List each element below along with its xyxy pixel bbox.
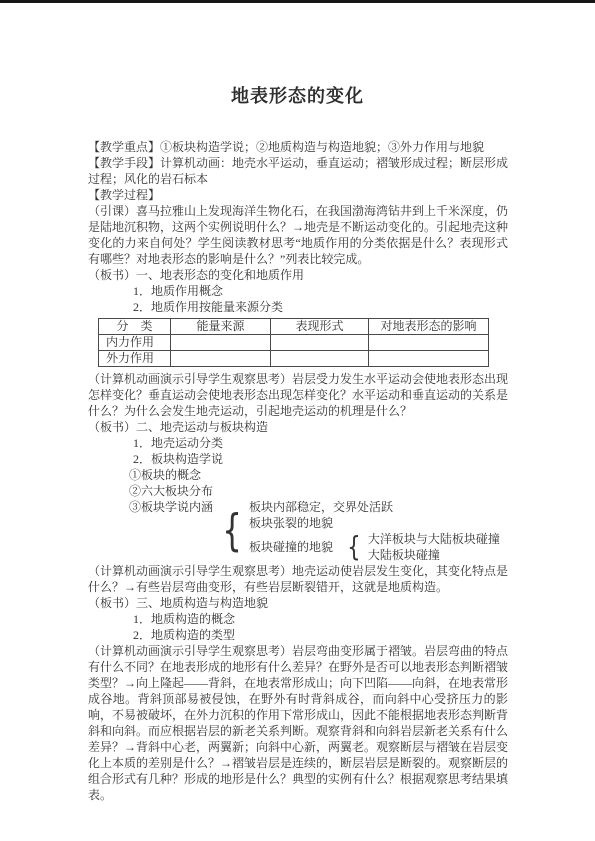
paragraph-animation-q3: （计算机动画演示引导学生观察思考）岩层弯曲变形属于褶皱。岩层弯曲的特点有什么不同… [88, 643, 508, 803]
paragraph-animation-q2: （计算机动画演示引导学生观察思考）地壳运动使岩层发生变化，其变化特点是什么？→有… [88, 563, 508, 595]
table-header-category: 分 类 [99, 319, 171, 335]
table-cell-expression [271, 351, 369, 367]
plate-theory-bracket: ③板块学说内涵 { 板块内部稳定，交界处活跃 板块张裂的地貌 板块碰撞的地貌 {… [129, 499, 508, 563]
plate-theory-items: 板块内部稳定，交界处活跃 板块张裂的地貌 板块碰撞的地貌 { 大洋板块与大陆板块… [249, 499, 500, 563]
table-header-row: 分 类 能量来源 表现形式 对地表形态的影响 [99, 319, 489, 335]
table-cell-category: 内力作用 [99, 335, 171, 351]
table-header-energy-source: 能量来源 [171, 319, 271, 335]
curly-brace-big: { [222, 508, 242, 554]
board-heading-three: （板书）三、地质构造与构造地貌 [88, 595, 508, 611]
classification-table: 分 类 能量来源 表现形式 对地表形态的影响 内力作用 外力作用 [98, 318, 489, 367]
table-header-expression: 表现形式 [271, 319, 369, 335]
board-two-item-2: 2．板块构造学说 [133, 451, 508, 467]
paragraph-process-header: 【教学过程】 [88, 187, 508, 203]
document-title: 地表形态的变化 [0, 0, 595, 108]
plate-theory-brace-group: { 板块内部稳定，交界处活跃 板块张裂的地貌 板块碰撞的地貌 { 大洋板块与大陆… [213, 499, 500, 563]
plate-theory-item-1: 板块内部稳定，交界处活跃 [249, 499, 500, 515]
paragraph-lead-in: （引课）喜马拉雅山上发现海洋生物化石，在我国渤海湾钻井到上千米深度，仍是陆地沉积… [88, 203, 508, 267]
table-cell-energy-source [171, 335, 271, 351]
paragraph-teaching-aids: 【教学手段】计算机动画：地壳水平运动，垂直运动；褶皱形成过程；断层形成过程；风化… [88, 155, 508, 187]
table-cell-impact [369, 351, 489, 367]
plate-concept-line: ①板块的概念 [129, 467, 508, 483]
plate-collision-label: 板块碰撞的地貌 [249, 539, 333, 555]
table-cell-category: 外力作用 [99, 351, 171, 367]
plate-distribution-line: ②六大板块分布 [129, 483, 508, 499]
plate-collision-item-2: 大陆板块碰撞 [368, 547, 500, 563]
plate-collision-item-1: 大洋板块与大陆板块碰撞 [368, 531, 500, 547]
board-one-item-1: 1．地质作用概念 [133, 283, 508, 299]
board-one-item-2: 2．地质作用按能量来源分类 [133, 299, 508, 315]
board-three-item-2: 2．地质构造的类型 [133, 627, 508, 643]
table-header-impact: 对地表形态的影响 [369, 319, 489, 335]
plate-theory-item-2: 板块张裂的地貌 [249, 515, 500, 531]
table-cell-impact [369, 335, 489, 351]
table-cell-energy-source [171, 351, 271, 367]
board-heading-two: （板书）二、地壳运动与板块构造 [88, 419, 508, 435]
table-cell-expression [271, 335, 369, 351]
board-two-item-1: 1．地壳运动分类 [133, 435, 508, 451]
table-row-external-force: 外力作用 [99, 351, 489, 367]
table-row-internal-force: 内力作用 [99, 335, 489, 351]
plate-theory-label: ③板块学说内涵 [129, 499, 213, 515]
document-body: 【教学重点】①板块构造学说；②地质构造与构造地貌；③外力作用与地貌 【教学手段】… [88, 139, 508, 803]
board-heading-one: （板书）一、地表形态的变化和地质作用 [88, 267, 508, 283]
document-page: 地表形态的变化 【教学重点】①板块构造学说；②地质构造与构造地貌；③外力作用与地… [0, 0, 595, 841]
paragraph-animation-q1: （计算机动画演示引导学生观察思考）岩层受力发生水平运动会使地表形态出现怎样变化？… [88, 371, 508, 419]
plate-collision-items: 大洋板块与大陆板块碰撞 大陆板块碰撞 [368, 531, 500, 563]
curly-brace-small: { [347, 532, 360, 562]
plate-collision-group: 板块碰撞的地貌 { 大洋板块与大陆板块碰撞 大陆板块碰撞 [249, 531, 500, 563]
page-top-edge [0, 0, 595, 3]
paragraph-key-points: 【教学重点】①板块构造学说；②地质构造与构造地貌；③外力作用与地貌 [88, 139, 508, 155]
board-three-item-1: 1．地质构造的概念 [133, 611, 508, 627]
